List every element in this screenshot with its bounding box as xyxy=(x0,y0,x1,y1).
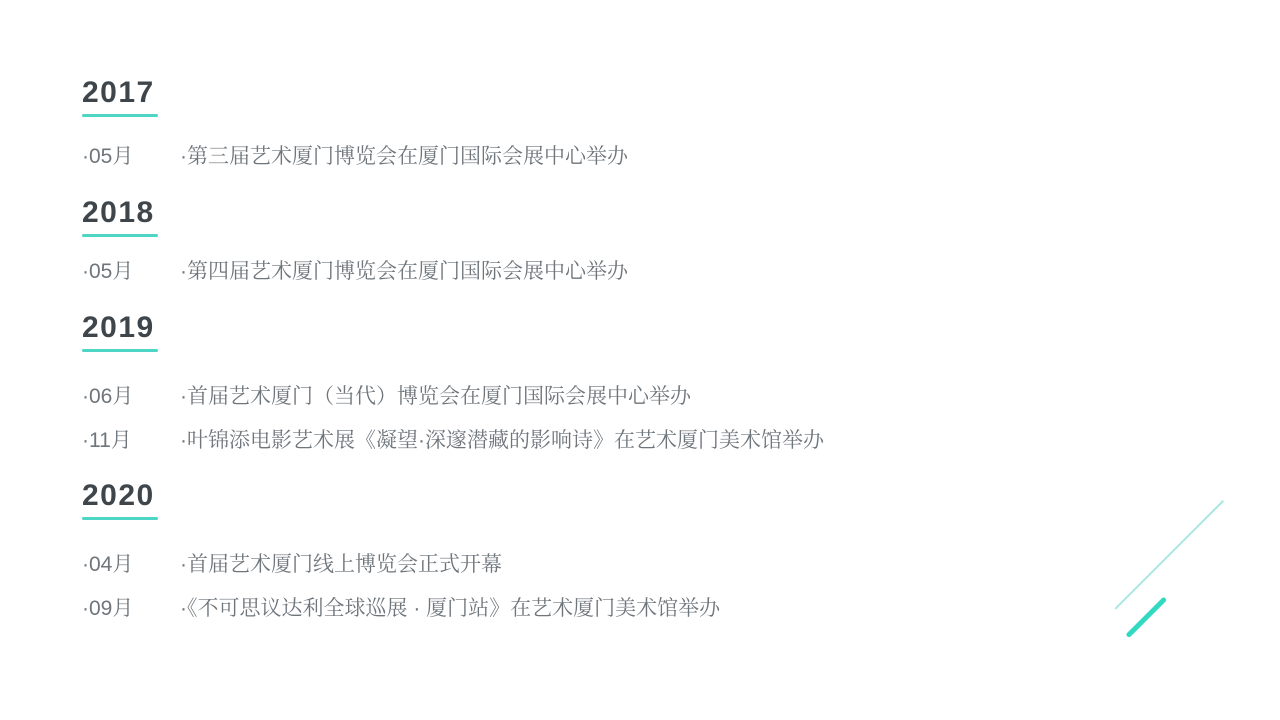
event-list: ·05月 ·第四届艺术厦门博览会在厦门国际会展中心举办 xyxy=(82,258,628,286)
event-month: ·06月 xyxy=(82,383,180,411)
timeline-event: ·06月 ·首届艺术厦门（当代）博览会在厦门国际会展中心举办 xyxy=(82,383,824,411)
timeline-event: ·05月 ·第四届艺术厦门博览会在厦门国际会展中心举办 xyxy=(82,258,628,286)
event-text: ·第三届艺术厦门博览会在厦门国际会展中心举办 xyxy=(180,143,628,171)
year-underline xyxy=(82,517,158,520)
timeline-event: ·04月 ·首届艺术厦门线上博览会正式开幕 xyxy=(82,551,720,579)
year-underline xyxy=(82,234,158,237)
event-month: ·05月 xyxy=(82,258,180,286)
timeline-slide: 2017 ·05月 ·第三届艺术厦门博览会在厦门国际会展中心举办 2018 ·0… xyxy=(0,0,1280,720)
event-text: ·首届艺术厦门线上博览会正式开幕 xyxy=(180,551,502,579)
timeline-event: ·05月 ·第三届艺术厦门博览会在厦门国际会展中心举办 xyxy=(82,143,628,171)
decor-diagonal-line-thin xyxy=(1114,500,1223,609)
year-section-2017: 2017 ·05月 ·第三届艺术厦门博览会在厦门国际会展中心举办 xyxy=(82,78,628,171)
event-list: ·04月 ·首届艺术厦门线上博览会正式开幕 ·09月 ·《不可思议达利全球巡展 … xyxy=(82,551,720,623)
event-text: ·首届艺术厦门（当代）博览会在厦门国际会展中心举办 xyxy=(180,383,691,411)
year-section-2018: 2018 ·05月 ·第四届艺术厦门博览会在厦门国际会展中心举办 xyxy=(82,198,628,286)
year-heading: 2017 xyxy=(82,78,628,108)
decor-diagonal-line-thick xyxy=(1125,596,1166,637)
event-list: ·06月 ·首届艺术厦门（当代）博览会在厦门国际会展中心举办 ·11月 ·叶锦添… xyxy=(82,383,824,455)
year-underline xyxy=(82,349,158,352)
year-section-2019: 2019 ·06月 ·首届艺术厦门（当代）博览会在厦门国际会展中心举办 ·11月… xyxy=(82,313,824,455)
event-month: ·04月 xyxy=(82,551,180,579)
year-heading: 2018 xyxy=(82,198,628,228)
event-text: ·叶锦添电影艺术展《凝望·深邃潜藏的影响诗》在艺术厦门美术馆举办 xyxy=(180,427,824,455)
event-text: ·《不可思议达利全球巡展 · 厦门站》在艺术厦门美术馆举办 xyxy=(180,595,720,623)
timeline-event: ·09月 ·《不可思议达利全球巡展 · 厦门站》在艺术厦门美术馆举办 xyxy=(82,595,720,623)
event-text: ·第四届艺术厦门博览会在厦门国际会展中心举办 xyxy=(180,258,628,286)
event-month: ·09月 xyxy=(82,595,180,623)
event-month: ·05月 xyxy=(82,143,180,171)
event-month: ·11月 xyxy=(82,427,180,455)
year-section-2020: 2020 ·04月 ·首届艺术厦门线上博览会正式开幕 ·09月 ·《不可思议达利… xyxy=(82,481,720,623)
year-underline xyxy=(82,114,158,117)
timeline-event: ·11月 ·叶锦添电影艺术展《凝望·深邃潜藏的影响诗》在艺术厦门美术馆举办 xyxy=(82,427,824,455)
event-list: ·05月 ·第三届艺术厦门博览会在厦门国际会展中心举办 xyxy=(82,143,628,171)
year-heading: 2020 xyxy=(82,481,720,511)
year-heading: 2019 xyxy=(82,313,824,343)
